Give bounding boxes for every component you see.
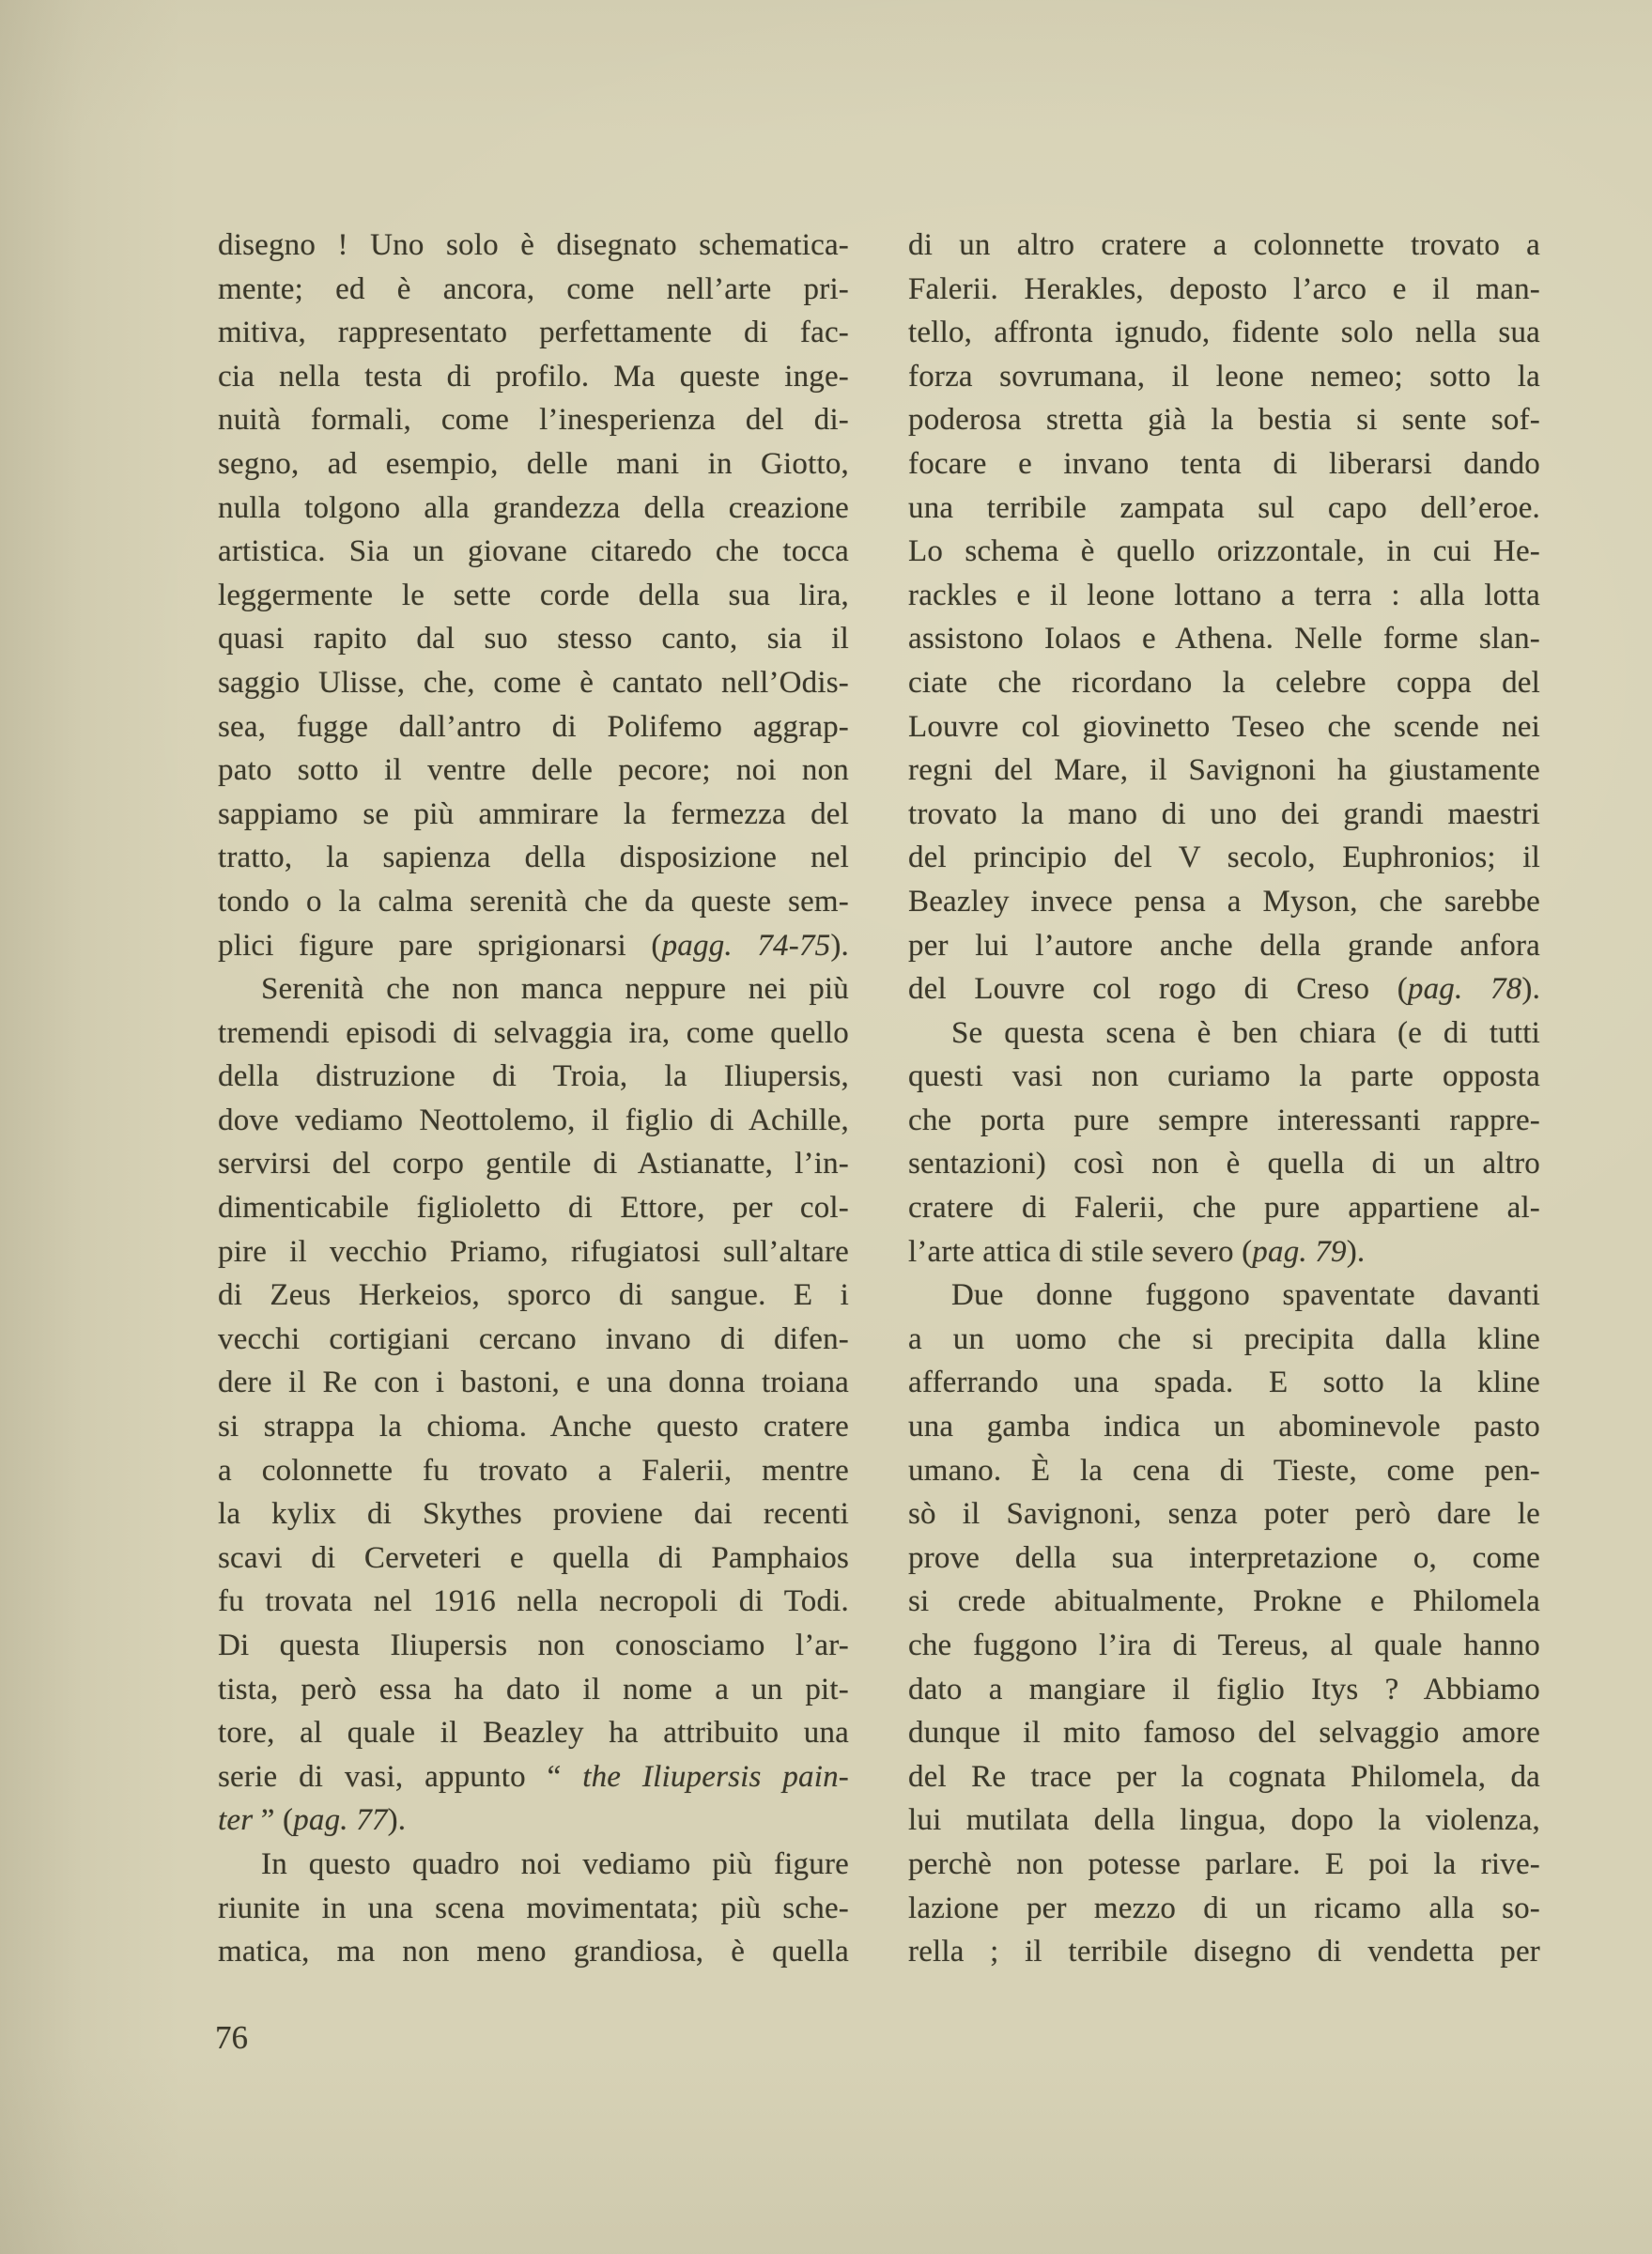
text-line: tello, affronta ignudo, fidente solo nel…	[908, 311, 1540, 355]
text-line: prove della sua interpretazione o, come	[908, 1536, 1540, 1581]
text-line: segno, ad esempio, delle mani in Giotto,	[218, 442, 849, 486]
text-line: poderosa stretta già la bestia si sente …	[908, 398, 1540, 442]
text-line: servirsi del corpo gentile di Astianatte…	[218, 1142, 849, 1186]
text-line: Di questa Iliupersis non conosciamo l’ar…	[218, 1624, 849, 1668]
text-line: dere il Re con i bastoni, e una donna tr…	[218, 1361, 849, 1405]
text-line: focare e invano tenta di liberarsi dando	[908, 442, 1540, 486]
text-line: di un altro cratere a colonnette trovato…	[908, 224, 1540, 268]
text-line: sò il Savignoni, senza poter però dare l…	[908, 1492, 1540, 1536]
text-line: fu trovata nel 1916 nella necropoli di T…	[218, 1580, 849, 1624]
text-line: rella ; il terribile disegno di vendetta…	[908, 1930, 1540, 1974]
text-line: sentazioni) così non è quella di un altr…	[908, 1142, 1540, 1186]
text-line: dimenticabile figlioletto di Ettore, per…	[218, 1186, 849, 1230]
text-line: dato a mangiare il figlio Itys ? Abbiamo	[908, 1668, 1540, 1712]
text-line: pato sotto il ventre delle pecore; noi n…	[218, 749, 849, 793]
text-line: matica, ma non meno grandiosa, è quella	[218, 1930, 849, 1974]
text-line: artistica. Sia un giovane citaredo che t…	[218, 530, 849, 574]
text-column-left: disegno ! Uno solo è disegnato schematic…	[218, 224, 849, 1974]
book-page: disegno ! Uno solo è disegnato schematic…	[0, 0, 1652, 2254]
text-line: del Louvre col rogo di Creso (pag. 78).	[908, 967, 1540, 1011]
text-line: questi vasi non curiamo la parte opposta	[908, 1055, 1540, 1099]
text-line: cratere di Falerii, che pure appartiene …	[908, 1186, 1540, 1230]
text-line: pire il vecchio Priamo, rifugiatosi sull…	[218, 1230, 849, 1274]
text-line: di Zeus Herkeios, sporco di sangue. E i	[218, 1274, 849, 1318]
text-line: che porta pure sempre interessanti rappr…	[908, 1099, 1540, 1143]
text-line: del principio del V secolo, Euphronios; …	[908, 836, 1540, 880]
text-line: plici figure pare sprigionarsi (pagg. 74…	[218, 924, 849, 968]
text-line: Serenità che non manca neppure nei più	[218, 967, 849, 1011]
text-line: tore, al quale il Beazley ha attribuito …	[218, 1711, 849, 1755]
text-line: si crede abitualmente, Prokne e Philomel…	[908, 1580, 1540, 1624]
text-line: una terribile zampata sul capo dell’eroe…	[908, 486, 1540, 531]
text-line: riunite in una scena movimentata; più sc…	[218, 1887, 849, 1931]
text-line: scavi di Cerveteri e quella di Pamphaios	[218, 1536, 849, 1581]
text-line: afferrando una spada. E sotto la kline	[908, 1361, 1540, 1405]
text-line: a colonnette fu trovato a Falerii, mentr…	[218, 1449, 849, 1493]
text-line: mitiva, rappresentato perfettamente di f…	[218, 311, 849, 355]
text-line: serie di vasi, appunto “ the Iliupersis …	[218, 1755, 849, 1799]
text-line: regni del Mare, il Savignoni ha giustame…	[908, 749, 1540, 793]
text-line: ciate che ricordano la celebre coppa del	[908, 661, 1540, 705]
text-line: a un uomo che si precipita dalla kline	[908, 1318, 1540, 1362]
text-line: lui mutilata della lingua, dopo la viole…	[908, 1799, 1540, 1843]
text-line: tremendi episodi di selvaggia ira, come …	[218, 1011, 849, 1056]
text-line: quasi rapito dal suo stesso canto, sia i…	[218, 617, 849, 661]
text-line: Lo schema è quello orizzontale, in cui H…	[908, 530, 1540, 574]
text-line: perchè non potesse parlare. E poi la riv…	[908, 1843, 1540, 1887]
text-line: sappiamo se più ammirare la fermezza del	[218, 793, 849, 837]
text-line: Due donne fuggono spaventate davanti	[908, 1274, 1540, 1318]
text-line: lazione per mezzo di un ricamo alla so-	[908, 1887, 1540, 1931]
text-line: leggermente le sette corde della sua lir…	[218, 574, 849, 618]
text-line: che fuggono l’ira di Tereus, al quale ha…	[908, 1624, 1540, 1668]
text-line: del Re trace per la cognata Philomela, d…	[908, 1755, 1540, 1799]
text-line: dove vediamo Neottolemo, il figlio di Ac…	[218, 1099, 849, 1143]
text-line: Falerii. Herakles, deposto l’arco e il m…	[908, 268, 1540, 312]
text-line: Se questa scena è ben chiara (e di tutti	[908, 1011, 1540, 1056]
text-line: tondo o la calma serenità che da queste …	[218, 880, 849, 924]
text-line: In questo quadro noi vediamo più figure	[218, 1843, 849, 1887]
text-line: sea, fugge dall’antro di Polifemo aggrap…	[218, 705, 849, 749]
text-line: umano. È la cena di Tieste, come pen-	[908, 1449, 1540, 1493]
text-line: tratto, la sapienza della disposizione n…	[218, 836, 849, 880]
text-line: dunque il mito famoso del selvaggio amor…	[908, 1711, 1540, 1755]
text-line: saggio Ulisse, che, come è cantato nell’…	[218, 661, 849, 705]
text-line: della distruzione di Troia, la Iliupersi…	[218, 1055, 849, 1099]
text-line: ter ” (pag. 77).	[218, 1799, 849, 1843]
page-number: 76	[215, 2019, 248, 2057]
text-line: nulla tolgono alla grandezza della creaz…	[218, 486, 849, 531]
text-line: mente; ed è ancora, come nell’arte pri-	[218, 268, 849, 312]
text-line: tista, però essa ha dato il nome a un pi…	[218, 1668, 849, 1712]
text-line: assistono Iolaos e Athena. Nelle forme s…	[908, 617, 1540, 661]
text-line: Louvre col giovinetto Teseo che scende n…	[908, 705, 1540, 749]
text-line: vecchi cortigiani cercano invano di dife…	[218, 1318, 849, 1362]
text-line: trovato la mano di uno dei grandi maestr…	[908, 793, 1540, 837]
text-line: una gamba indica un abominevole pasto	[908, 1405, 1540, 1449]
text-column-right: di un altro cratere a colonnette trovato…	[908, 224, 1540, 1974]
text-line: l’arte attica di stile severo (pag. 79).	[908, 1230, 1540, 1274]
text-line: la kylix di Skythes proviene dai recenti	[218, 1492, 849, 1536]
text-line: forza sovrumana, il leone nemeo; sotto l…	[908, 355, 1540, 399]
text-line: cia nella testa di profilo. Ma queste in…	[218, 355, 849, 399]
text-line: rackles e il leone lottano a terra : all…	[908, 574, 1540, 618]
text-line: disegno ! Uno solo è disegnato schematic…	[218, 224, 849, 268]
text-line: si strappa la chioma. Anche questo crate…	[218, 1405, 849, 1449]
text-line: nuità formali, come l’inesperienza del d…	[218, 398, 849, 442]
text-line: per lui l’autore anche della grande anfo…	[908, 924, 1540, 968]
text-line: Beazley invece pensa a Myson, che sarebb…	[908, 880, 1540, 924]
